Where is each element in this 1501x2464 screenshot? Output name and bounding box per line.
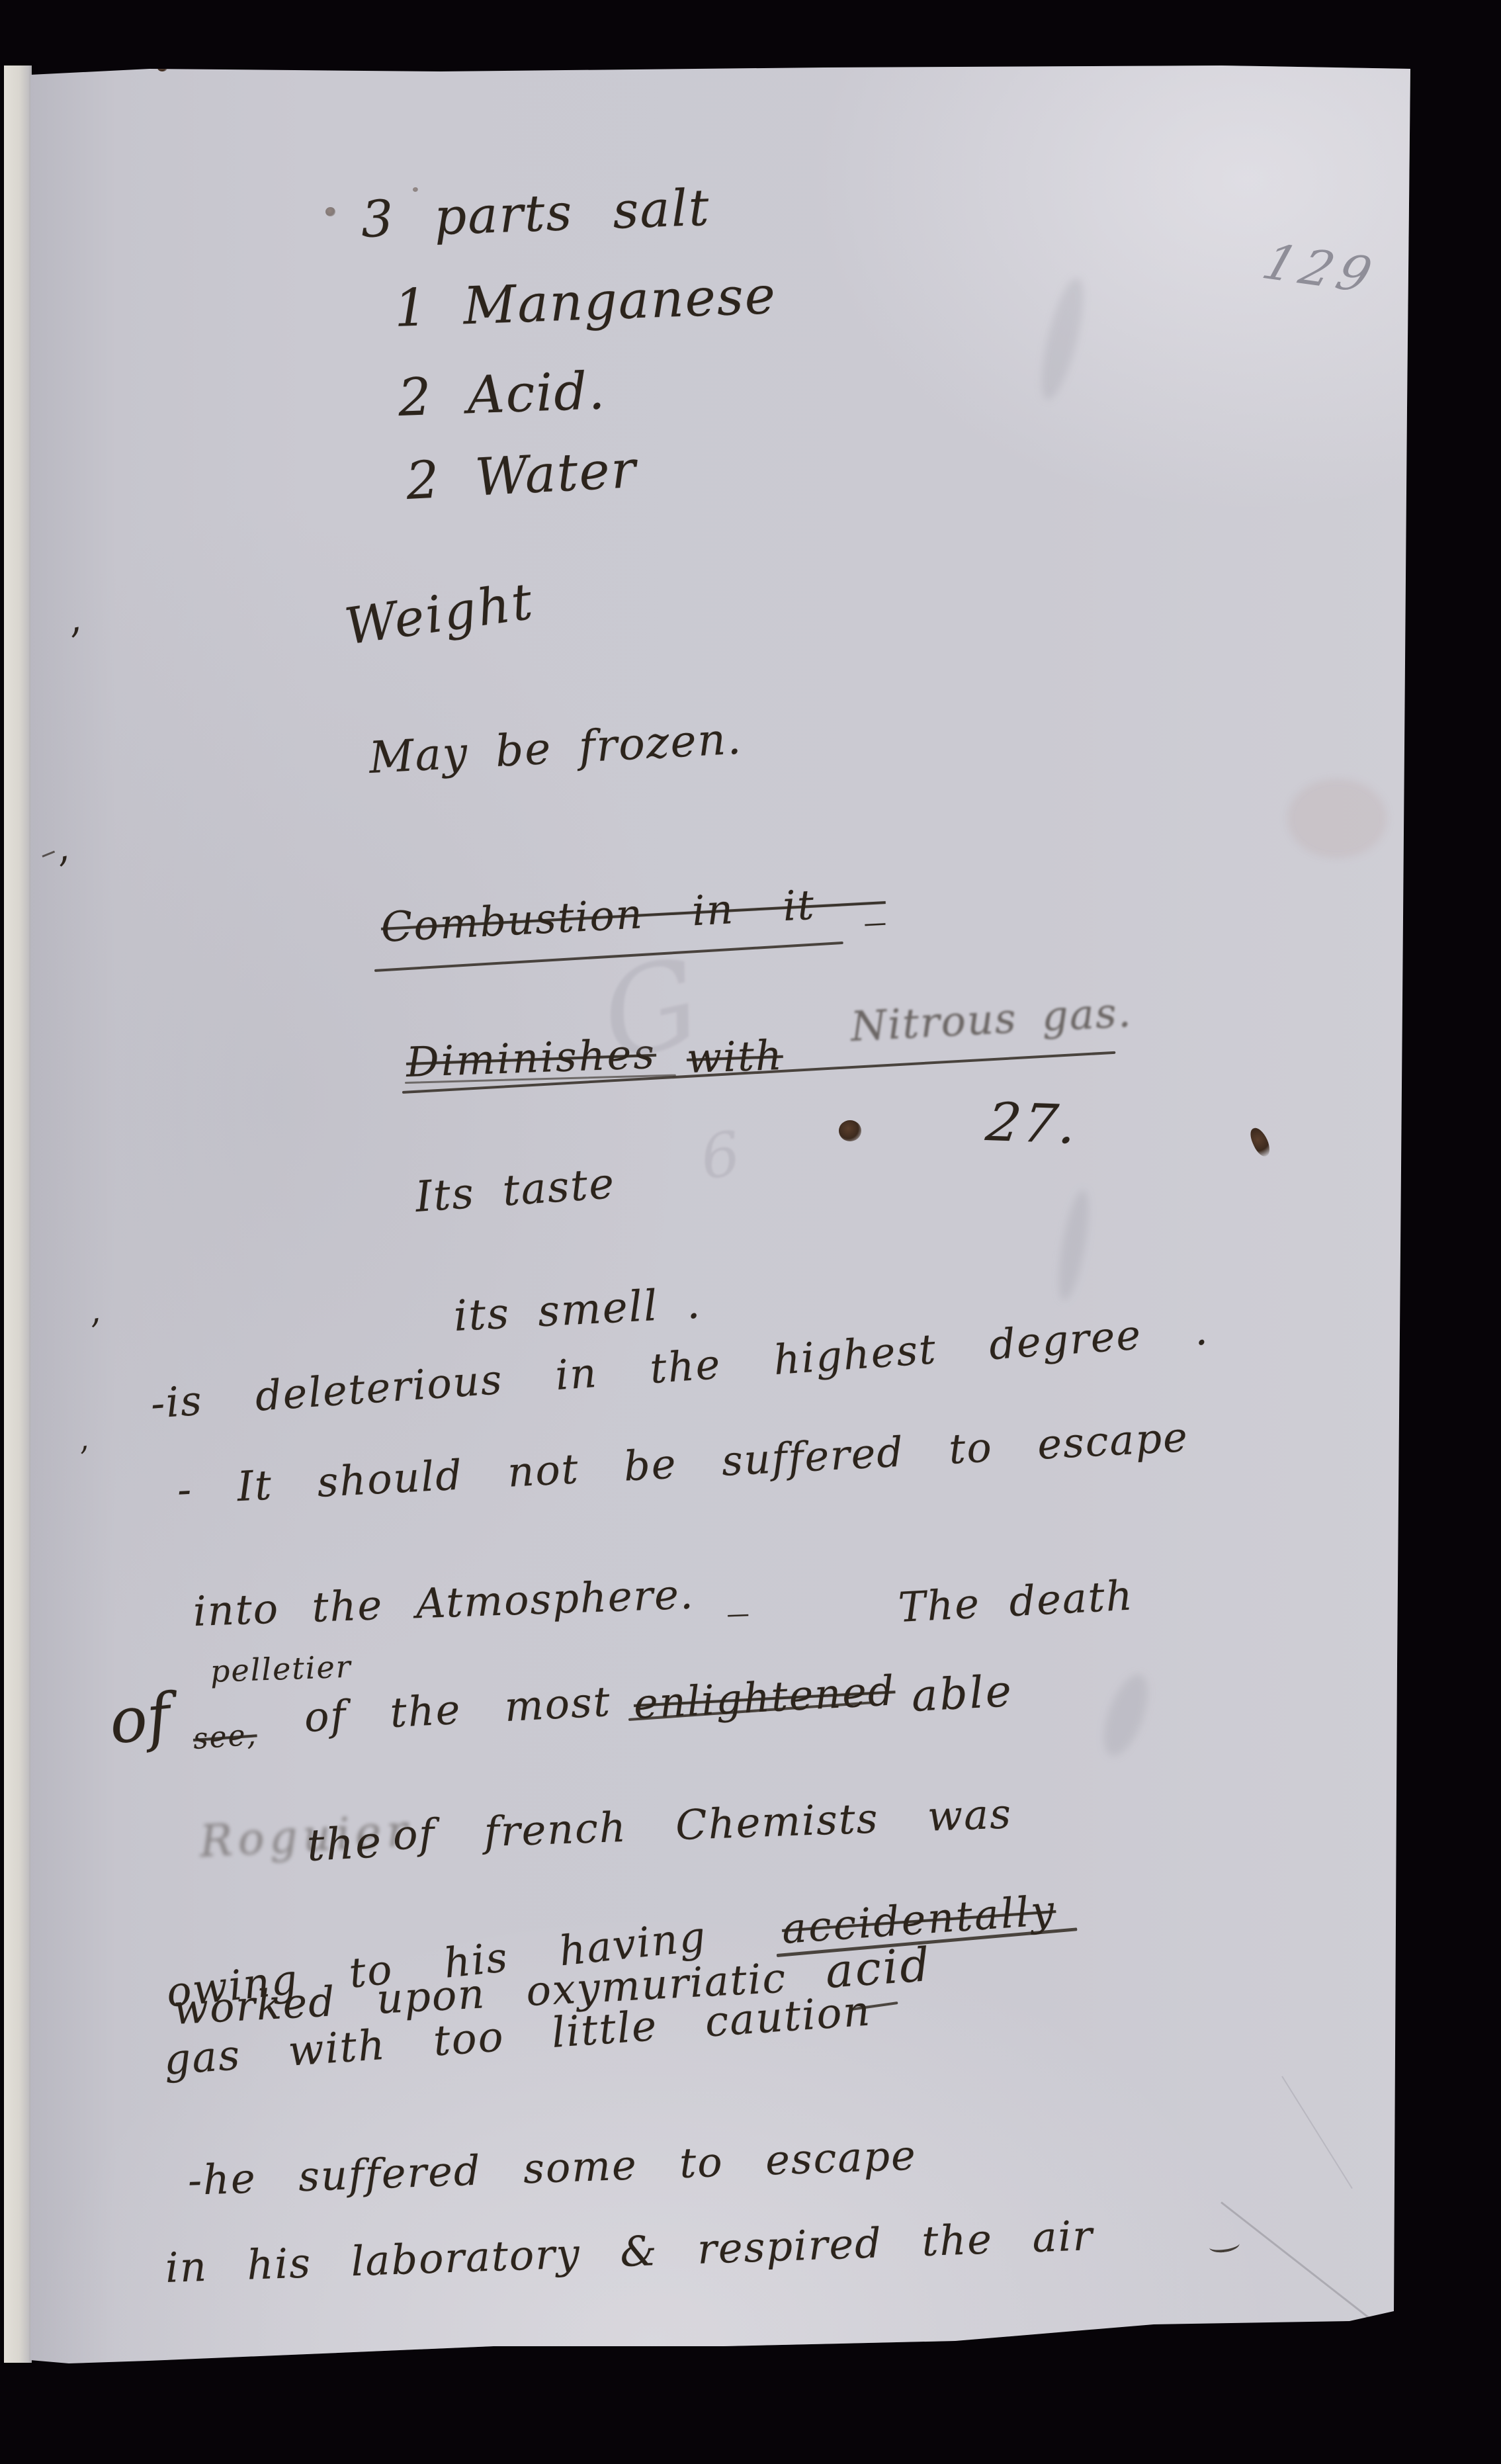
margin-dash <box>42 851 55 858</box>
line-he-suffered: -he suffered some to escape <box>187 2131 918 2205</box>
ink-blot-left <box>839 1120 861 1141</box>
ink-blot-right <box>1248 1125 1273 1159</box>
crease-line-2 <box>1281 2076 1353 2189</box>
edge-speck-top <box>157 64 167 71</box>
section-number: 27. <box>982 1091 1083 1155</box>
line-recipe-manganese: 1 Manganese <box>393 266 777 339</box>
margin-tick-2: , <box>51 824 72 871</box>
line-laboratory: in his laboratory & respired the air <box>165 2211 1094 2292</box>
line-its-smell: its smell . <box>452 1279 703 1341</box>
dust-speck-top <box>413 187 418 192</box>
line-combustion-struck: Combustion in it _ <box>380 877 886 951</box>
line-recipe-acid: 2 Acid. <box>397 361 607 428</box>
line-the-death: The death <box>897 1571 1135 1632</box>
word-enlightened-struck: enlightened <box>632 1666 896 1728</box>
scanned-manuscript-scene: 129 3 parts salt 1 Manganese 2 Acid. 2 W… <box>0 0 1501 2464</box>
bleed-through-smudge-3 <box>1095 1669 1156 1761</box>
manuscript-page: 129 3 parts salt 1 Manganese 2 Acid. 2 W… <box>30 64 1412 2365</box>
bleed-through-smudge-2 <box>1052 1188 1094 1302</box>
margin-tick-1: , <box>63 595 84 642</box>
line-of-the-most: of the most <box>303 1677 612 1741</box>
crease-line-1 <box>1221 2201 1373 2321</box>
line-its-taste: Its taste <box>413 1159 617 1222</box>
word-the-overwrite: the <box>306 1816 384 1871</box>
page-number: 129 <box>1256 234 1385 304</box>
word-see-struck: see, <box>192 1718 258 1756</box>
dust-dot-near-recipe <box>325 207 335 216</box>
word-of-large: of <box>106 1681 173 1759</box>
line-may-be-frozen: May be frozen. <box>368 713 744 783</box>
margin-tick-4: , <box>75 1421 91 1458</box>
line-not-suffered: - It should not be suffered to escape <box>176 1413 1189 1514</box>
stain-reddish <box>1287 779 1387 858</box>
line-recipe-water: 2 Water <box>405 440 638 511</box>
pencil-scribble-small: 6 <box>697 1118 745 1193</box>
stray-ink-mark <box>1209 2237 1240 2254</box>
bleed-through-smudge-1 <box>1033 274 1092 403</box>
adjacent-page-edge <box>4 66 32 2363</box>
margin-tick-3: , <box>85 1291 103 1332</box>
word-able: able <box>910 1665 1015 1722</box>
line-nitrous-gas-smudged: Nitrous gas. <box>849 988 1133 1051</box>
line-weight: Weight <box>341 571 538 656</box>
line-atmosphere: into the Atmosphere. _ <box>193 1568 750 1636</box>
line-pelletier-insertion: pelletier <box>210 1649 352 1689</box>
line-french-chemists: of french Chemists was <box>392 1789 1013 1859</box>
